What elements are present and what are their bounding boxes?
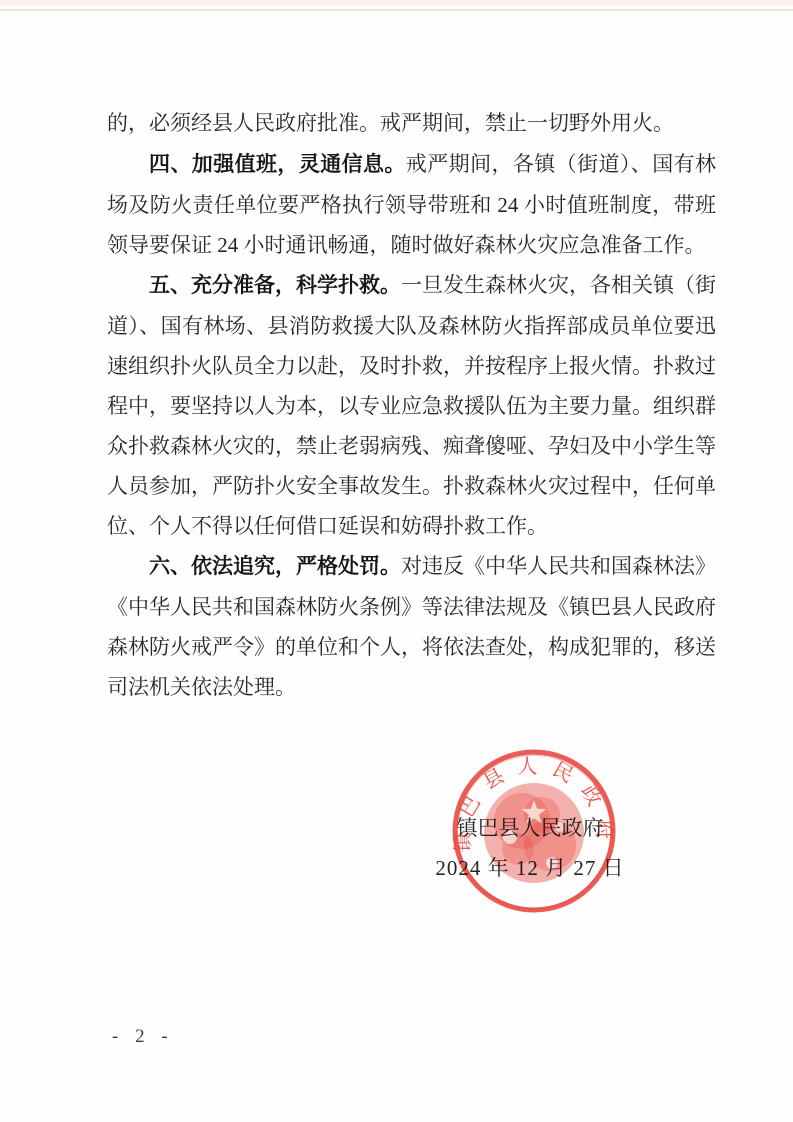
scan-artifact-tint — [0, 0, 793, 6]
body-paragraph: 四、加强值班，灵通信息。戒严期间，各镇（街道）、国有林场及防火责任单位要严格执行… — [107, 144, 716, 265]
body-paragraph: 的，必须经县人民政府批准。戒严期间，禁止一切野外用火。 — [107, 103, 716, 144]
paragraph-lead: 五、充分准备，科学扑救。 — [149, 274, 401, 297]
body-paragraph: 六、依法追究，严格处罚。对违反《中华人民共和国森林法》《中华人民共和国森林防火条… — [107, 546, 716, 707]
body-paragraph: 五、充分准备，科学扑救。一旦发生森林火灾，各相关镇（街道）、国有林场、县消防救援… — [107, 265, 716, 546]
signature-block: 镇巴县人民政府 2024 年 12 月 27 日 — [430, 808, 630, 888]
page-number: - 2 - — [112, 1026, 170, 1048]
scan-artifact-line — [0, 9, 793, 11]
signature-issuer: 镇巴县人民政府 — [430, 808, 630, 848]
paragraph-text: 的，必须经县人民政府批准。戒严期间，禁止一切野外用火。 — [107, 111, 674, 135]
paragraph-text: 一旦发生森林火灾，各相关镇（街道）、国有林场、县消防救援大队及森林防火指挥部成员… — [107, 273, 716, 538]
document-page: 的，必须经县人民政府批准。戒严期间，禁止一切野外用火。 四、加强值班，灵通信息。… — [0, 0, 793, 1122]
signature-date: 2024 年 12 月 27 日 — [430, 848, 630, 888]
paragraph-lead: 四、加强值班，灵通信息。 — [149, 153, 406, 176]
document-body: 的，必须经县人民政府批准。戒严期间，禁止一切野外用火。 四、加强值班，灵通信息。… — [107, 103, 716, 707]
paragraph-lead: 六、依法追究，严格处罚。 — [149, 555, 401, 578]
